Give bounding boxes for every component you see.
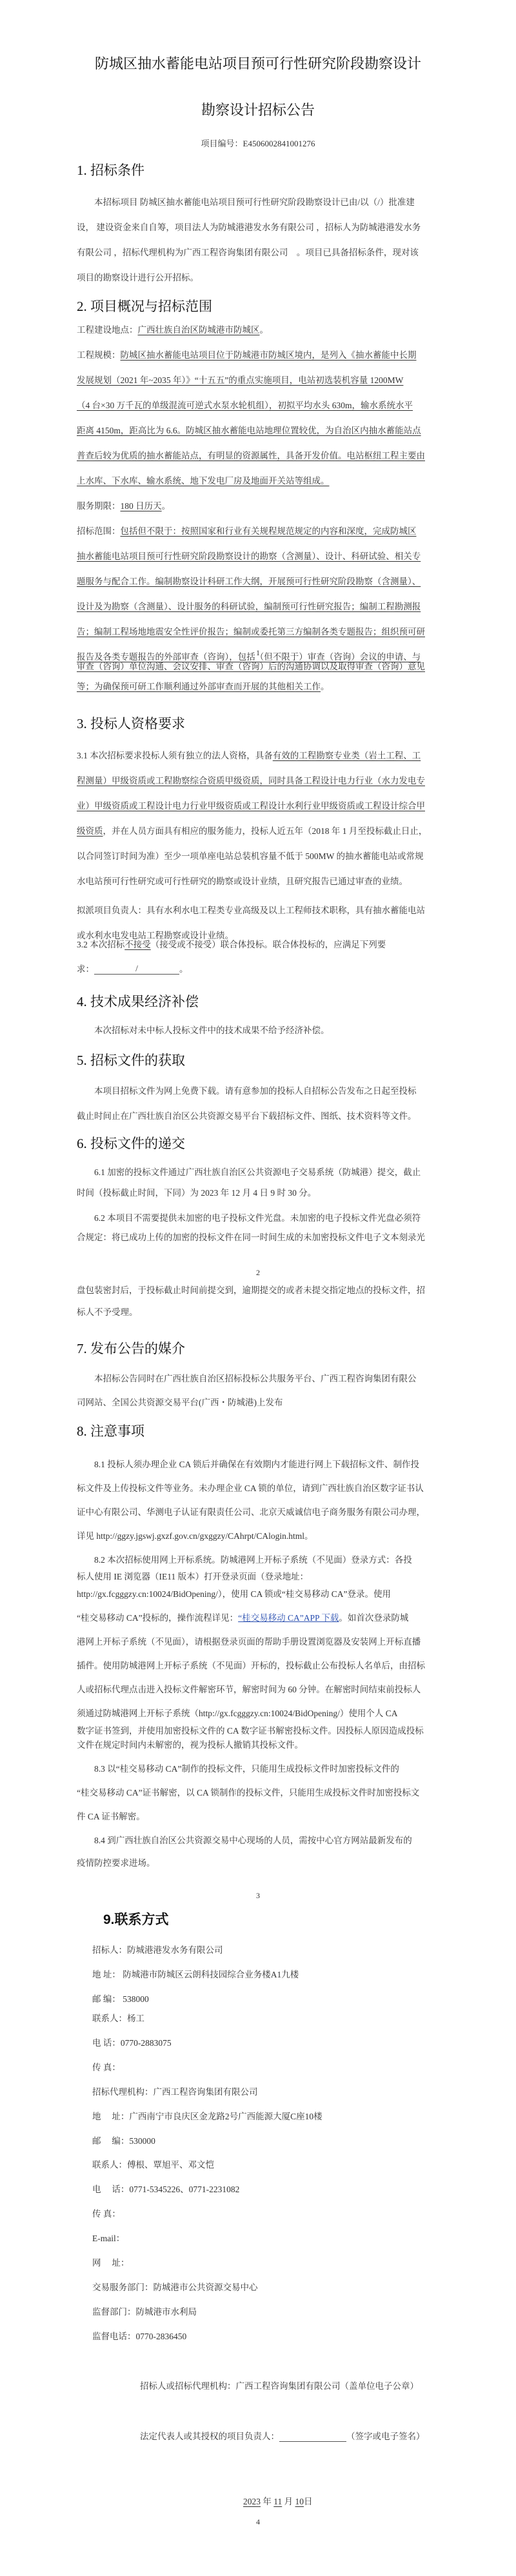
s8-line: 件 CA 证书解密。 [77,1809,440,1822]
s31-line: 3.1 本次招标要求投标人须有独立的法人资格，具备有效的工程勘察专业类（岩土工程… [77,748,440,761]
s5-line: 截止时间止在广西壮族自治区公共资源交易平台下载招标文件、图纸、技术资料等文件。 [77,1109,440,1122]
s8-line: 标人使用 IE 浏览器（IE11 版本）打开登录页面（登录地址： [77,1569,440,1582]
contact-line: 电 话：0770-2883075 [92,2036,172,2048]
scope-line: 等；为确保预可研工作顺利通过外部审查而开展的其他相关工作。 [77,679,440,692]
s1-line: 有限公司 ，招标代理机构为广西工程咨询集团有限公司 。项目已具备招标条件，现对该 [77,245,440,258]
scope-line: 题服务与配合工作。编制勘察设计科研工作大纲，开展预可行性研究阶段勘察（含测量）、 [77,574,440,587]
contact-line: 邮 编： 538000 [92,1992,149,2005]
s8-line: 证中心有限公司、华测电子认证有限责任公司、北京天威诚信电子商务服务有限公司办理， [77,1505,440,1518]
contact-line: E-mail： [92,2231,124,2244]
scale-line: 上水库、下水库、输水系统、地下发电厂房及地面开关站等组成。 [77,473,440,486]
s8-line: 插件。使用防城港网上开标子系统（不见面）开标的，投标截止公布投标人名单后，由招标 [77,1658,440,1671]
contact-line: 邮 编：530000 [92,2134,155,2146]
consortium-requirement-blank: / [94,964,179,975]
s31-line: 以合同签订时间为准）至少一项单座电站总装机容量不低于 500MW 的抽水蓄能电站… [77,849,440,862]
contact-line: 传 真： [92,2060,121,2073]
s8-line: 8.1 投标人须办理企业 CA 锁后并确保在有效期内才能进行网上下载招标文件、制… [77,1457,440,1470]
contact-line: 招标人：防城港港发水务有限公司 [92,1943,223,1956]
ca-app-download-link[interactable]: “桂交易移动 CA”APP 下载 [238,1613,339,1623]
period-value: 180 日历天 [121,501,162,511]
agency-signature-line: 招标人或招标代理机构：广西工程咨询集团有限公司（盖单位电子公章） [140,2379,419,2392]
scale-line: 距离 4150m，距高比为 6.6。防城区抽水蓄能电站地理位置较优，为自治区内抽… [77,423,440,436]
section-3-heading: 3. 投标人资格要求 [77,713,185,733]
s8-line: 8.2 本次招标使用网上开标系统。防城港网上开标子系统（不见面）登录方式：各投 [77,1552,440,1565]
signature-blank[interactable] [279,2431,346,2442]
contact-line: 网 址： [92,2255,129,2268]
representative-signature-line: 法定代表人或其授权的项目负责人：（签字或电子签名） [140,2429,425,2442]
s4-text: 本次招标对未中标人投标文件中的技术成果不给予经济补偿。 [77,1023,440,1036]
s1-line: 本招标项目 防城区抽水蓄能电站项目预可行性研究阶段勘察设计已由/以（/）批准建 [77,195,440,208]
location-value: 广西壮族自治区防城港市防城区 [138,325,260,335]
contact-line: 地 址： 防城港市防城区云朗科技园综合业务楼A1九楼 [92,1967,299,1980]
location-label: 工程建设地点： [77,325,138,335]
scope-line: 审查（咨询）单位沟通、会议安排、审查（咨询）后的沟通协调以及取得审查（咨询）意见 [77,659,440,672]
s6-line: 时间（投标截止时间，下同）为 2023 年 12 月 4 日 9 时 30 分。 [77,1185,440,1198]
s8-line: http://gx.fcgggzy.cn:10024/BidOpening/），… [77,1587,440,1600]
s8-line: 人或招标代理点击进入投标文件解密环节，解密时间为 60 分钟。在解密时间结束前投… [77,1682,440,1695]
section-6-heading: 6. 投标文件的递交 [77,1133,185,1153]
s8-line: 8.3 以“桂交易移动 CA”制作的投标文件，只能用生成投标文件时加密投标文件的 [77,1761,440,1774]
contact-line: 地 址：广西南宁市良庆区金龙路2号广西能源大厦C座10楼 [92,2109,322,2122]
page-number-3: 3 [0,1891,516,1901]
s6-line: 盘包装密封后，于投标截止时间前提交到，逾期提交的或者未提交指定地点的投标文件，招 [77,1283,440,1296]
s31-line: 级资质，并在人员方面具有相应的服务能力，投标人近五年（2018 年 1 月至投标… [77,824,440,837]
contact-line: 招标代理机构：广西工程咨询集团有限公司 [92,2085,258,2097]
section-5-heading: 5. 招标文件的获取 [77,1050,185,1069]
page-number-4: 4 [0,2517,516,2527]
s8-line: 标文件及上传投标文件等业务。未办理企业 CA 锁的单位，请到广西壮族自治区数字证… [77,1481,440,1494]
s8-line: 须通过防城港网上开标子系统（http://gx.fcgggzy.cn:10024… [77,1706,440,1719]
section-1-heading: 1. 招标条件 [77,160,144,179]
location-row: 工程建设地点：广西壮族自治区防城港市防城区。 [77,322,440,335]
section-4-heading: 4. 技术成果经济补偿 [77,991,199,1011]
s32-line: 3.2 本次招标不接受（接受或不接受）联合体投标。联合体投标的，应满足下列要 [77,937,440,950]
s32-line-2: 求：/。 [77,962,440,975]
s1-line: 项目的勘察设计进行公开招标。 [77,270,440,283]
period-label: 服务期限： [77,501,121,511]
contact-line: 监督部门：防城港市水利局 [92,2304,197,2317]
scope-row: 招标范围：包括但不限于：按照国家和行业有关规程规范规定的内容和深度，完成防城区 [77,524,440,537]
s1-line: 设， 建设资金来自自筹，项目法人为防城港港发水务有限公司 ，招标人为防城港港发水… [77,220,440,233]
s8-line: 详见 http://ggzy.jgswj.gxzf.gov.cn/gxggzy/… [77,1529,440,1541]
scale-label: 工程规模： [77,350,121,360]
manager-line: 拟派项目负责人：具有水利水电工程类专业高级及以上工程师技术职称，具有抽水蓄能电站 [77,903,440,916]
s7-line: 司网站、全国公共资源交易平台(广西・防城港)上发布 [77,1395,440,1408]
s6-line: 6.2 本项目不需要提供未加密的电子投标文件光盘。未加密的电子投标文件光盘必须符 [77,1211,440,1224]
consortium-value: 不接受 [124,940,151,949]
scope-label: 招标范围： [77,526,121,536]
s5-line: 本项目招标文件为网上免费下载。请有意参加的投标人自招标公告发布之日起至投标 [77,1084,440,1096]
s8-line: 疫情防控要求进场。 [77,1856,440,1868]
scale-line: 发展规划（2021 年~2035 年）》“十五五”的重点实施项目，电站初选装机容… [77,373,440,386]
section-2-heading: 2. 项目概况与招标范围 [77,296,212,315]
page-number-1: 1 [0,648,516,658]
document-subtitle: 勘察设计招标公告 [0,99,516,119]
scale-row: 工程规模：防城区抽水蓄能电站项目位于防城港市防城区境内，是列入《抽水蓄能中长期 [77,348,440,361]
contact-line: 联系人：傅根、覃旭平、邓文恺 [92,2157,214,2170]
period-row: 服务期限：180 日历天。 [77,499,440,511]
contact-line: 监督电话：0770-2836450 [92,2329,186,2342]
s8-link-line: “桂交易移动 CA”投标的，操作流程详见：“桂交易移动 CA”APP 下载。如首… [77,1610,440,1623]
project-number: 项目编号：E4506002841001276 [0,137,516,149]
contact-line: 交易服务部门：防城港市公共资源交易中心 [92,2280,258,2293]
s7-line: 本招标公告同时在广西壮族自治区招标投标公共服务平台、广西工程咨询集团有限公 [77,1371,440,1384]
section-9-heading: 9.联系方式 [103,1909,169,1928]
scope-line: 抽水蓄能电站项目预可行性研究阶段勘察设计的勘察（含测量）、设计、科研试验、相关专 [77,549,440,562]
s6-line: 合规定：将已成功上传的加密的投标文件在同一时间生成的未加密投标文件电子文本刻录光 [77,1230,440,1243]
contact-line: 电 话：0771-5345226、0771-2231082 [92,2182,239,2195]
scope-line: 告；编制工程场地地震安全性评价报告；编制或委托第三方编制各类专题报告；组织预可研 [77,624,440,637]
contact-line: 传 真： [92,2206,121,2219]
section-7-heading: 7. 发布公告的媒介 [77,1338,185,1358]
s31-line: 业）甲级资质或工程设计电力行业甲级资质或工程设计水利行业甲级资质或工程设计综合甲 [77,798,440,811]
document-title: 防城区抽水蓄能电站项目预可行性研究阶段勘察设计 [0,53,516,73]
scope-line: 设计及为勘察（含测量）、设计服务的科研试验，编制预可行性研究报告；编制工程勘测报 [77,599,440,612]
document-date: 2023 年 11 月 10日 [243,2494,313,2507]
s31-line: 程测量）甲级资质或工程勘察综合资质甲级资质，同时具备工程设计电力行业（水力发电专 [77,773,440,786]
scale-line: 普查后较为优质的抽水蓄能站点，有明显的资源属性，具备开发价值。电站枢纽工程主要由 [77,448,440,461]
s6-line: 标人不予受理。 [77,1305,440,1318]
s31-line: 水电站预可行性研究或可行性研究的勘察或设计业绩，且研究报告已通过审查的业绩。 [77,874,440,887]
s6-line: 6.1 加密的投标文件通过广西壮族自治区公共资源电子交易系统（防城港）提交，截止 [77,1165,440,1178]
s8-line: 文件在规定时间内未解密的，视为投标人撤销其投标文件。 [77,1738,440,1750]
s8-line: 数字证书签到，并使用加密投标文件的 CA 数字证书解密投标文件。因投标人原因造成… [77,1723,440,1736]
s8-line: “桂交易移动 CA”证书解密，以 CA 锁制作的投标文件，只能用生成投标文件时加… [77,1785,440,1798]
section-8-heading: 8. 注意事项 [77,1421,144,1440]
s8-line: 港网上开标子系统（不见面），请根据登录页面的帮助手册设置浏览器及安装网上开标直播 [77,1634,440,1647]
page-number-2: 2 [0,1268,516,1278]
contact-line: 联系人：杨工 [92,2011,144,2024]
s8-line: 8.4 到广西壮族自治区公共资源交易中心现场的人员，需按中心官方网站最新发布的 [77,1833,440,1846]
scale-line: （4 台×30 万千瓦的单级混流可逆式水泵水轮机组），初拟平均水头 630m，输… [77,398,440,411]
